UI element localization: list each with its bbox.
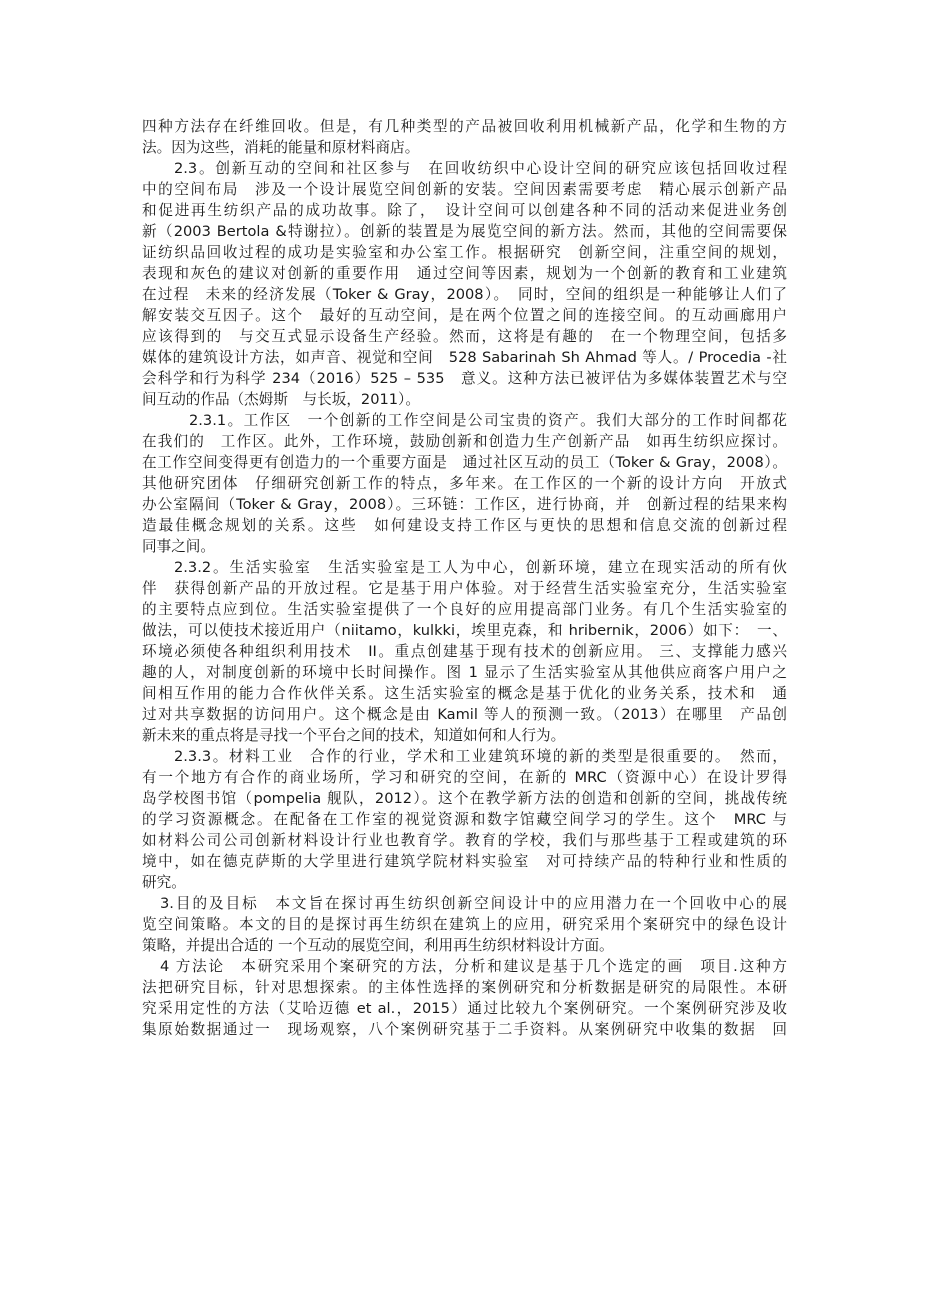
- text-line: 间相互作用的能力合作伙伴关系。这生活实验室的概念是基于优化的业务关系，技术和 通: [142, 683, 787, 704]
- text-line: 览空间策略。本文的目的是探讨再生纺织在建筑上的应用，研究采用个案研究中的绿色设计: [142, 914, 787, 935]
- text-line: 会科学和行为科学 234（2016）525 – 535 意义。这种方法已被评估为…: [142, 368, 787, 389]
- text-line: 同事之间。: [142, 536, 787, 557]
- text-line: 伴 获得创新产品的开放过程。它是基于用户体验。对于经营生活实验室充分，生活实验室: [142, 578, 787, 599]
- text-line: 中的空间布局 涉及一个设计展览空间创新的安装。空间因素需要考虑 精心展示创新产品: [142, 179, 787, 200]
- text-line: 4 方法论 本研究采用个案研究的方法，分析和建议是基于几个选定的画 项目.这种方: [160, 956, 787, 977]
- text-line: 2.3.1。工作区 一个创新的工作空间是公司宝贵的资产。我们大部分的工作时间都花: [189, 410, 787, 431]
- text-line: 间互动的作品（杰姆斯 与长坂，2011）。: [142, 389, 787, 410]
- text-line: 2.3.2。生活实验室 生活实验室是工人为中心，创新环境，建立在现实活动的所有伙: [174, 557, 787, 578]
- text-line: 在工作空间变得更有创造力的一个重要方面是 通过社区互动的员工（Toker & G…: [142, 452, 787, 473]
- text-line: 新（2003 Bertola &特谢拉）。创新的装置是为展览空间的新方法。然而，…: [142, 221, 787, 242]
- text-line: 做法，可以使技术接近用户（niitamo，kulkki，埃里克森，和 hribe…: [142, 620, 787, 641]
- text-line: 究采用定性的方法（艾哈迈德 et al.，2015）通过比较九个案例研究。一个案…: [142, 998, 787, 1019]
- text-line: 表现和灰色的建议对创新的重要作用 通过空间等因素，规划为一个创新的教育和工业建筑: [142, 263, 787, 284]
- text-line: 有一个地方有合作的商业场所，学习和研究的空间，在新的 MRC（资源中心）在设计罗…: [142, 767, 787, 788]
- text-line: 办公室隔间（Toker & Gray，2008）。三环链：工作区，进行协商，并 …: [142, 494, 787, 515]
- text-line: 法把研究目标，针对思想探索。的主体性选择的案例研究和分析数据是研究的局限性。本研: [142, 977, 787, 998]
- text-line: 证纺织品回收过程的成功是实验室和办公室工作。根据研究 创新空间，注重空间的规划，: [142, 242, 787, 263]
- text-line: 其他研究团体 仔细研究创新工作的特点，多年来。在工作区的一个新的设计方向 开放式: [142, 473, 787, 494]
- text-line: 研究。: [142, 872, 787, 893]
- text-line: 应该得到的 与交互式显示设备生产经验。然而，这将是有趣的 在一个物理空间，包括多: [142, 326, 787, 347]
- text-line: 的学习资源概念。在配备在工作室的视觉资源和数字馆藏空间学习的学生。这个 MRC …: [142, 809, 787, 830]
- text-line: 和促进再生纺织产品的成功故事。除了， 设计空间可以创建各种不同的活动来促进业务创: [142, 200, 787, 221]
- text-line: 岛学校图书馆（pompelia 舰队，2012）。这个在教学新方法的创造和创新的…: [142, 788, 787, 809]
- text-line: 的主要特点应到位。生活实验室提供了一个良好的应用提高部门业务。有几个生活实验室的: [142, 599, 787, 620]
- text-line: 过对共享数据的访问用户。这个概念是由 Kamil 等人的预测一致。（2013）在…: [142, 704, 787, 725]
- text-line: 3.目的及目标 本文旨在探讨再生纺织创新空间设计中的应用潜力在一个回收中心的展: [160, 893, 787, 914]
- text-line: 在我们的 工作区。此外，工作环境，鼓励创新和创造力生产创新产品 如再生纺织应探讨…: [142, 431, 787, 452]
- text-line: 新未来的重点将是寻找一个平台之间的技术，知道如何和人行为。: [142, 725, 787, 746]
- text-line: 如材料公司公司创新材料设计行业也教育学。教育的学校，我们与那些基于工程或建筑的环: [142, 830, 787, 851]
- text-line: 策略，并提出合适的 一个互动的展览空间，利用再生纺织材料设计方面。: [142, 935, 787, 956]
- text-line: 集原始数据通过一 现场观察，八个案例研究基于二手资料。从案例研究中收集的数据 回: [142, 1019, 787, 1040]
- text-line: 媒体的建筑设计方法，如声音、视觉和空间 528 Sabarinah Sh Ahm…: [142, 347, 787, 368]
- text-line: 2.3。创新互动的空间和社区参与 在回收纺织中心设计空间的研究应该包括回收过程: [174, 158, 787, 179]
- document-page: 四种方法存在纤维回收。但是，有几种类型的产品被回收利用机械新产品，化学和生物的方…: [0, 0, 926, 1309]
- text-line: 环境必须使各种组织利用技术 II。重点创建基于现有技术的创新应用。 三、支撑能力…: [142, 641, 787, 662]
- text-line: 在过程 未来的经济发展（Toker & Gray，2008）。 同时，空间的组织…: [142, 284, 787, 305]
- text-line: 趣的人，对制度创新的环境中长时间操作。图 1 显示了生活实验室从其他供应商客户用…: [142, 662, 787, 683]
- text-line: 四种方法存在纤维回收。但是，有几种类型的产品被回收利用机械新产品，化学和生物的方: [142, 116, 787, 137]
- text-line: 造最佳概念规划的关系。这些 如何建设支持工作区与更快的思想和信息交流的创新过程: [142, 515, 787, 536]
- text-line: 解安装交互因子。这个 最好的互动空间，是在两个位置之间的连接空间。的互动画廊用户: [142, 305, 787, 326]
- text-line: 法。因为这些，消耗的能量和原材料商店。: [142, 137, 787, 158]
- text-line: 2.3.3。材料工业 合作的行业，学术和工业建筑环境的新的类型是很重要的。 然而…: [174, 746, 787, 767]
- text-line: 境中，如在德克萨斯的大学里进行建筑学院材料实验室 对可持续产品的特种行业和性质的: [142, 851, 787, 872]
